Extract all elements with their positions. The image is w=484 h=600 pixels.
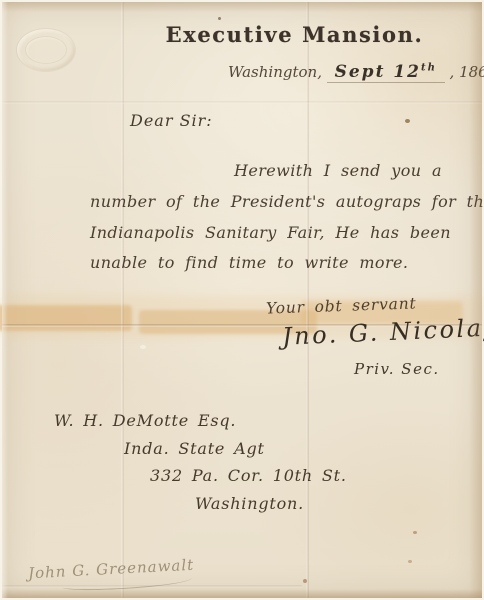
closing: Your obt servant — [266, 294, 417, 317]
salutation: Dear Sir: — [130, 111, 213, 130]
letterhead-year-prefix: , 186 — [450, 63, 484, 81]
signature: Jno. G. Nicolay — [281, 313, 484, 350]
letterhead-title: Executive Mansion. — [122, 22, 467, 47]
paper-edge-top — [2, 2, 482, 12]
horizontal-crease-top — [2, 101, 482, 104]
paper-edge-right — [469, 2, 482, 598]
handwritten-date: Sept 12th — [327, 62, 445, 83]
tape-stain-left — [0, 305, 132, 331]
foxing-speck — [303, 579, 307, 583]
date-line: Washington, Sept 12th , 186 4. — [228, 62, 484, 83]
foxing-speck — [218, 17, 221, 20]
recipient-address: 332 Pa. Cor. 10th St. — [150, 466, 347, 485]
paper-edge-left — [2, 2, 8, 598]
paper-edge-bottom — [2, 589, 482, 598]
recipient-title: Inda. State Agt — [124, 439, 265, 458]
recipient-name: W. H. DeMotte Esq. — [54, 411, 236, 430]
signature-title: Priv. Sec. — [354, 360, 440, 378]
recipient-city: Washington. — [195, 494, 304, 513]
paper: Executive Mansion. Washington, Sept 12th… — [2, 2, 482, 598]
embossed-seal — [16, 28, 76, 72]
letter-photo: Executive Mansion. Washington, Sept 12th… — [0, 0, 484, 600]
embossed-seal-inner — [25, 36, 67, 64]
letterhead-city: Washington, — [228, 63, 322, 81]
vertical-fold-left — [121, 2, 124, 598]
date-ordinal: th — [421, 62, 437, 73]
foxing-speck — [405, 119, 410, 123]
body-line: Indianapolis Sanitary Fair, He has been — [90, 223, 451, 242]
body-line: number of the President's autograps for … — [90, 192, 484, 211]
body-line: Herewith I send you a — [234, 161, 442, 180]
foxing-speck — [413, 531, 417, 534]
foxing-speck — [408, 560, 412, 563]
paper-chip — [140, 345, 146, 349]
body-line: unable to find time to write more. — [90, 253, 408, 272]
